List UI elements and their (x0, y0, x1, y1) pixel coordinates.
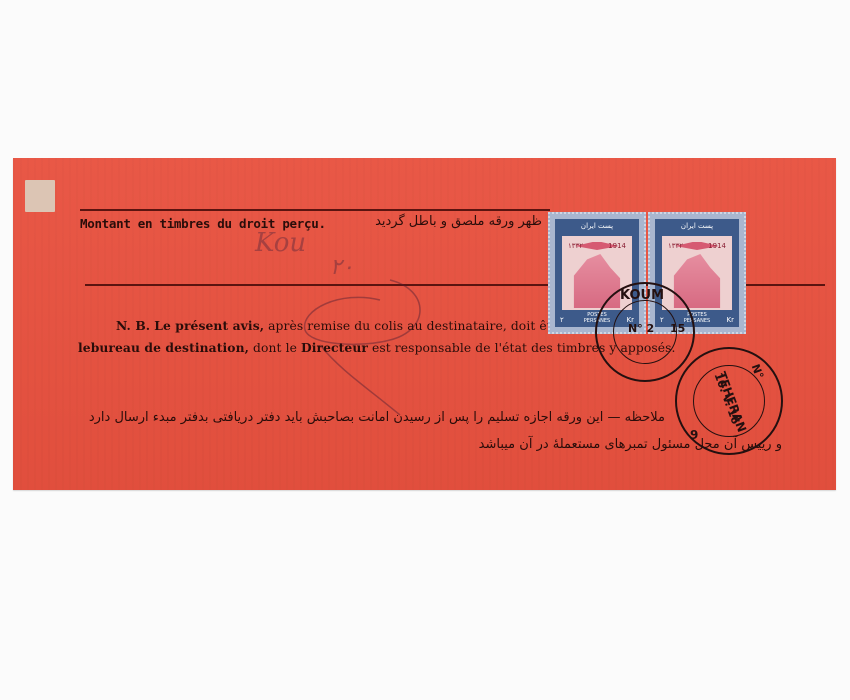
postmark-teheran-suffix: 9 (690, 428, 698, 442)
pencil-loop (280, 250, 440, 420)
postmark-koum-date: 15 (670, 322, 685, 335)
amount-label-fa: ظهر ورقه ملصق و باطل گردید (380, 214, 542, 229)
nb-line-2: lebureau de destination, dont le Directe… (78, 340, 676, 355)
postmark-koum-city: KOUM (620, 288, 664, 303)
postmark-koum-number: N° 2 (628, 322, 654, 335)
top-rule (80, 209, 550, 211)
persian-note-line-1: ملاحظه — این ورقه اجازه تسلیم را پس از ر… (85, 410, 665, 425)
paper-tab (25, 180, 55, 212)
nb-line-1: N. B. Le présent avis, après remise du c… (116, 318, 565, 333)
nb-label: N. B. (116, 318, 150, 333)
